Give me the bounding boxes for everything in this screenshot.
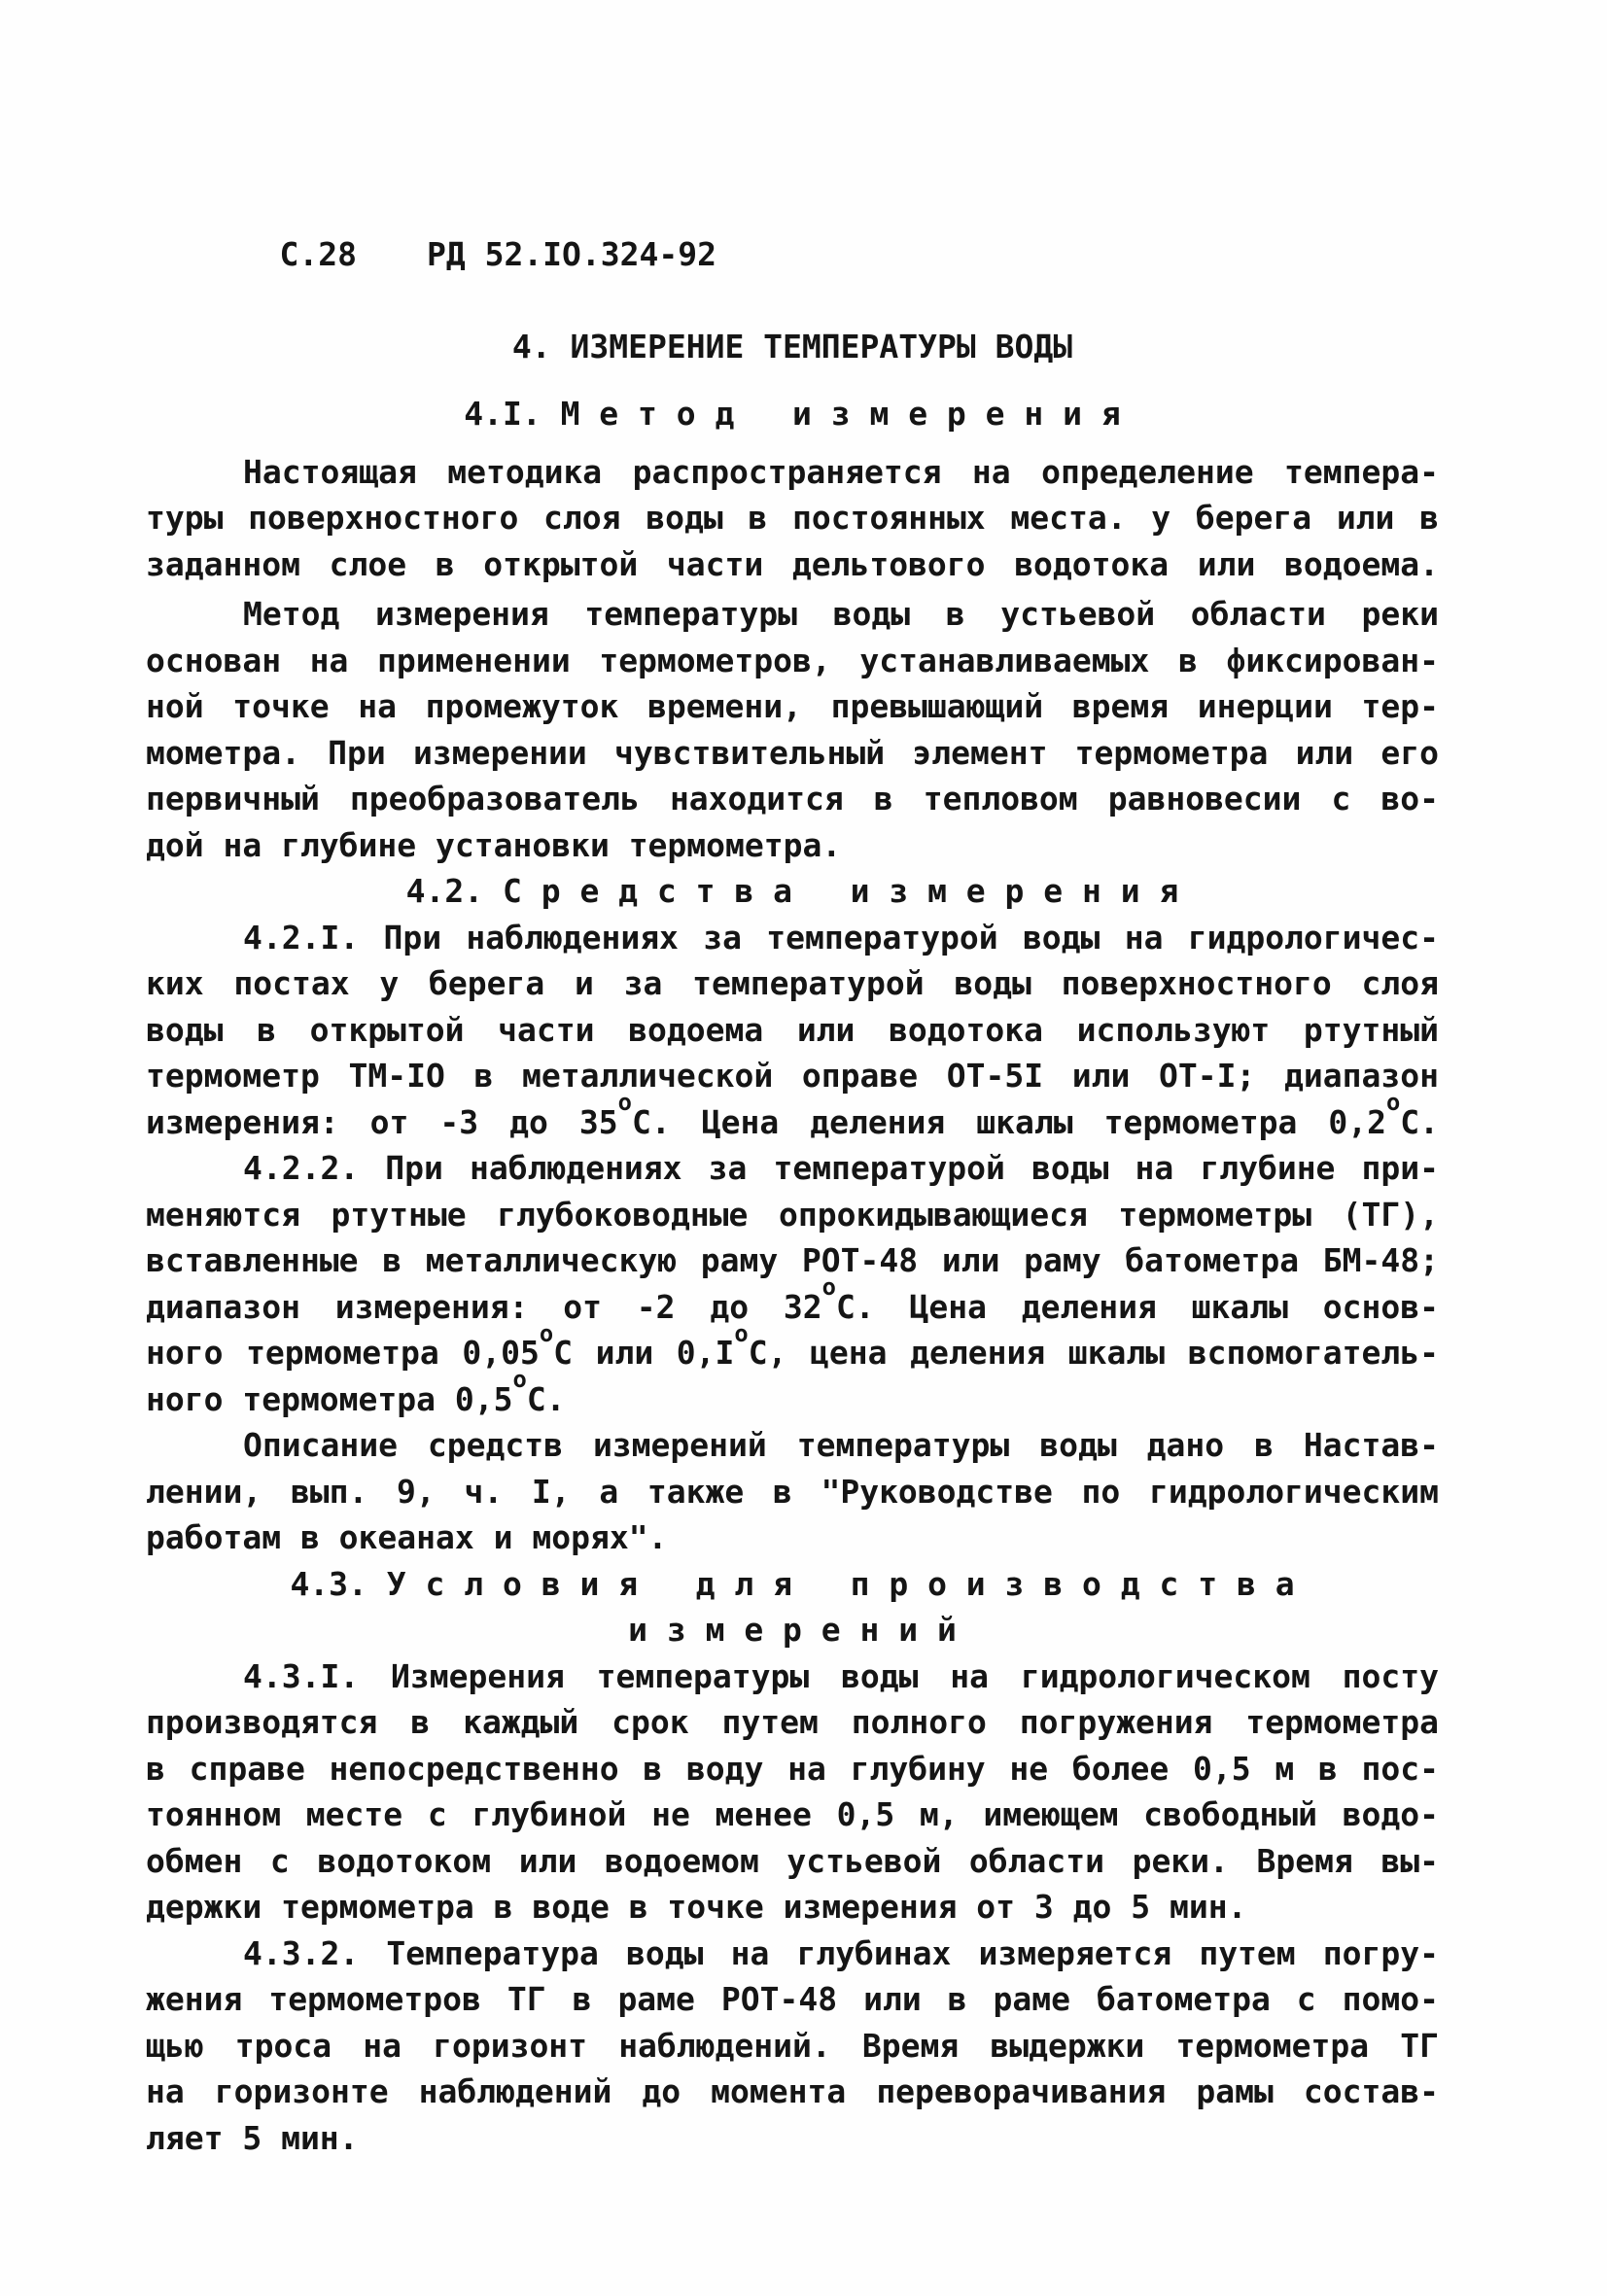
heading-line: 4.I. М е т о д и з м е р е н и я <box>146 391 1439 437</box>
page-number-label: С.28 <box>279 235 356 273</box>
text-line: ких постах у берега и за температурой во… <box>146 960 1439 1007</box>
text-line: лении, вып. 9, ч. I, а также в "Руководс… <box>146 1469 1439 1515</box>
text-line: первичный преобразователь находится в те… <box>146 776 1439 822</box>
text-line: заданном слое в открытой части дельтовог… <box>146 541 1439 588</box>
paragraph: 4.3.2. Температура воды на глубинах изме… <box>146 1931 1439 2162</box>
text-line: Настоящая методика распространяется на о… <box>146 449 1439 496</box>
degree-superscript: о <box>1386 1089 1400 1116</box>
text-line: термометр ТМ-IО в металлической оправе О… <box>146 1053 1439 1099</box>
degree-superscript: о <box>513 1366 527 1393</box>
text-line: туры поверхностного слоя воды в постоянн… <box>146 495 1439 541</box>
text-line: мометра. При измерении чувствительный эл… <box>146 730 1439 777</box>
degree-superscript: о <box>618 1089 632 1116</box>
text-line: дой на глубине установки термометра. <box>146 822 1439 869</box>
text-line: обмен с водотоком или водоемом устьевой … <box>146 1838 1439 1885</box>
section-heading: 4.I. М е т о д и з м е р е н и я <box>146 391 1439 437</box>
text-line: Метод измерения температуры воды в устье… <box>146 591 1439 638</box>
text-line: 4.3.2. Температура воды на глубинах изме… <box>146 1931 1439 1977</box>
section-heading: 4.2. С р е д с т в а и з м е р е н и я <box>146 868 1439 915</box>
paragraph: Метод измерения температуры воды в устье… <box>146 591 1439 868</box>
text-line: в справе непосредственно в воду на глуби… <box>146 1746 1439 1792</box>
text-line: меняются ртутные глубоководные опрокидыв… <box>146 1192 1439 1238</box>
text-line: вставленные в металлическую раму РОТ-48 … <box>146 1237 1439 1284</box>
text-line: диапазон измерения: от -2 до 32оС. Цена … <box>146 1284 1439 1331</box>
degree-superscript: о <box>734 1320 748 1347</box>
text-line: 4.2.2. При наблюдениях за температурой в… <box>146 1145 1439 1192</box>
paragraph: Описание средств измерений температуры в… <box>146 1422 1439 1561</box>
text-line: держки термометра в воде в точке измерен… <box>146 1884 1439 1931</box>
text-line: измерения: от -3 до 35оС. Цена деления ш… <box>146 1099 1439 1146</box>
paragraph: 4.2.I. При наблюдениях за температурой в… <box>146 915 1439 1146</box>
text-line: 4.2.I. При наблюдениях за температурой в… <box>146 915 1439 961</box>
text-line: ного термометра 0,5оС. <box>146 1376 1439 1423</box>
paragraph: 4.3.I. Измерения температуры воды на гид… <box>146 1653 1439 1931</box>
section-heading: 4. ИЗМЕРЕНИЕ ТЕМПЕРАТУРЫ ВОДЫ <box>146 324 1439 370</box>
document-body: 4. ИЗМЕРЕНИЕ ТЕМПЕРАТУРЫ ВОДЫ4.I. М е т … <box>146 324 1439 2162</box>
heading-line: 4.2. С р е д с т в а и з м е р е н и я <box>146 868 1439 915</box>
text-line: работам в океанах и морях". <box>146 1514 1439 1561</box>
text-line: Описание средств измерений температуры в… <box>146 1422 1439 1469</box>
section-heading: 4.3. У с л о в и я д л я п р о и з в о д… <box>146 1561 1439 1653</box>
paragraph: Настоящая методика распространяется на о… <box>146 449 1439 588</box>
text-line: 4.3.I. Измерения температуры воды на гид… <box>146 1653 1439 1700</box>
document-page: С.28РД 52.IO.324-92 4. ИЗМЕРЕНИЕ ТЕМПЕРА… <box>0 0 1607 2296</box>
page-header: С.28РД 52.IO.324-92 <box>146 185 1439 324</box>
text-line: воды в открытой части водоема или водото… <box>146 1007 1439 1054</box>
text-line: основан на применении термометров, устан… <box>146 638 1439 684</box>
text-line: ного термометра 0,05оС или 0,IоС, цена д… <box>146 1330 1439 1376</box>
paragraph: 4.2.2. При наблюдениях за температурой в… <box>146 1145 1439 1422</box>
heading-line: 4.3. У с л о в и я д л я п р о и з в о д… <box>146 1561 1439 1608</box>
degree-superscript: о <box>822 1273 836 1301</box>
text-line: щью троса на горизонт наблюдений. Время … <box>146 2023 1439 2070</box>
text-line: тоянном месте с глубиной не менее 0,5 м,… <box>146 1792 1439 1838</box>
text-line: жения термометров ТГ в раме РОТ-48 или в… <box>146 1976 1439 2023</box>
text-line: на горизонте наблюдений до момента перев… <box>146 2069 1439 2115</box>
heading-line: 4. ИЗМЕРЕНИЕ ТЕМПЕРАТУРЫ ВОДЫ <box>146 324 1439 370</box>
document-number: РД 52.IO.324-92 <box>427 235 716 273</box>
text-line: ляет 5 мин. <box>146 2115 1439 2162</box>
heading-line: и з м е р е н и й <box>146 1607 1439 1653</box>
text-line: производятся в каждый срок путем полного… <box>146 1699 1439 1746</box>
text-line: ной точке на промежуток времени, превыша… <box>146 683 1439 730</box>
degree-superscript: о <box>540 1320 553 1347</box>
